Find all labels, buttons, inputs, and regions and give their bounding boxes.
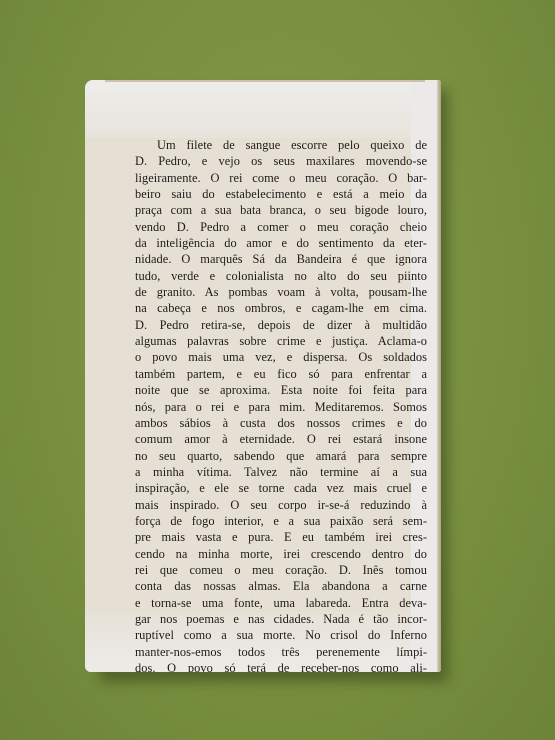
text-line: cendo na minha morte, irei crescendo den… [135,546,427,562]
cover-top-edge [105,80,425,82]
book-back-cover: Um filete de sangue escorre pelo queixo … [85,80,441,672]
text-line: D. Pedro retira-se, depois de dizer à mu… [135,317,427,333]
text-line: conta das nossas almas. Ela abandona a c… [135,578,427,594]
text-line: nós, para o rei e para mim. Meditaremos.… [135,399,427,415]
text-line: Um filete de sangue escorre pelo queixo … [135,137,427,153]
text-line: algumas palavras sobre crime e justiça. … [135,333,427,349]
text-line: nidade. O marquês Sá da Bandeira é que i… [135,251,427,267]
text-line: D. Pedro, e vejo os seus maxilares moven… [135,153,427,169]
book-spine-edge [437,80,441,672]
text-line: ruptível como a sua morte. No crisol do … [135,627,427,643]
text-line: pre mais vasta e pura. E eu também irei … [135,529,427,545]
text-line: dos. O povo só terá de receber-nos como … [135,660,427,672]
text-line: rei que comeu o meu coração. D. Inês tom… [135,562,427,578]
text-line: no seu quarto, sabendo que amará para se… [135,448,427,464]
text-line: força de fogo interior, e a sua paixão s… [135,513,427,529]
text-line: ambos sábios à custa dos nossos crimes e… [135,415,427,431]
text-line: o povo mais uma vez, e dispersa. Os sold… [135,349,427,365]
text-line: ligeiramente. O rei come o meu coração. … [135,170,427,186]
text-line: vendo D. Pedro a comer o meu coração che… [135,219,427,235]
text-line: de granito. As pombas voam à volta, pous… [135,284,427,300]
back-cover-text: Um filete de sangue escorre pelo queixo … [135,137,427,672]
text-line: tudo, verde e colonialista no alto do se… [135,268,427,284]
cover-top-band [85,80,441,138]
text-line: e torna-se uma fonte, uma labareda. Entr… [135,595,427,611]
text-line: comum amor à eternidade. O rei estará in… [135,431,427,447]
text-line: inspiração, e ele se torne cada vez mais… [135,480,427,496]
text-line: mais inspirado. O seu corpo ir-se-á redu… [135,497,427,513]
text-line: manter-nos-emos todos três perenemente l… [135,644,427,660]
text-line: praça com a sua bata branca, o seu bigod… [135,202,427,218]
text-line: também partem, e eu fico só para enfrent… [135,366,427,382]
text-line: gar nos poemas e nas cidades. Nada é tão… [135,611,427,627]
text-line: na cabeça e nos ombros, e cagam-lhe em c… [135,300,427,316]
text-line: da inteligência do amor e do sentimento … [135,235,427,251]
text-line: noite que se aproxima. Esta noite foi fe… [135,382,427,398]
text-line: a minha vítima. Talvez não termine aí a … [135,464,427,480]
text-line: beiro saiu do estabelecimento e está a m… [135,186,427,202]
